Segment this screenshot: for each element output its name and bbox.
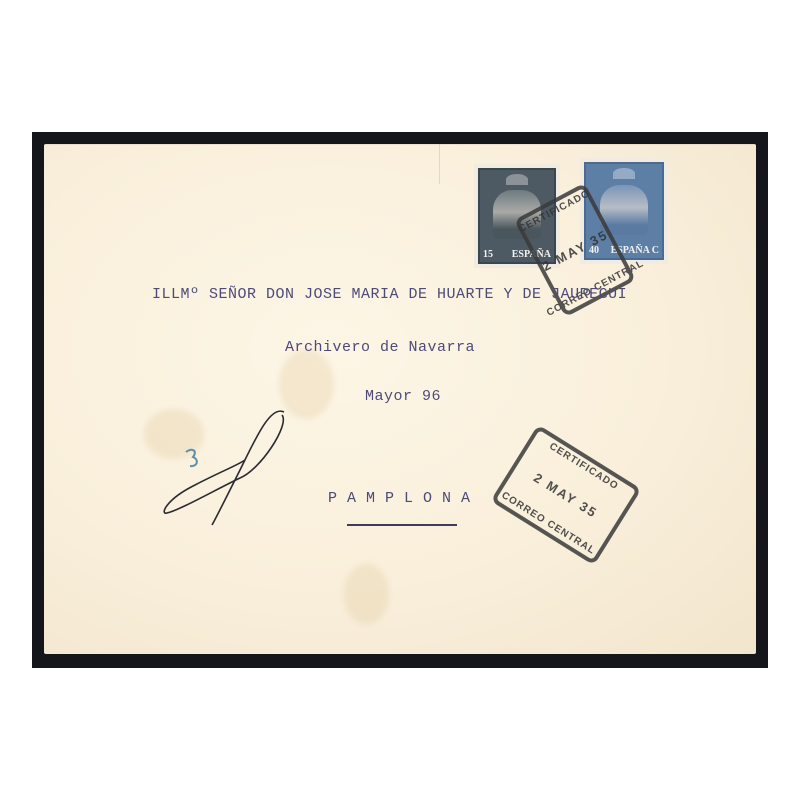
pencil-number-3 (186, 450, 197, 466)
ink-flourish (164, 411, 284, 525)
handwriting-layer (0, 0, 800, 800)
